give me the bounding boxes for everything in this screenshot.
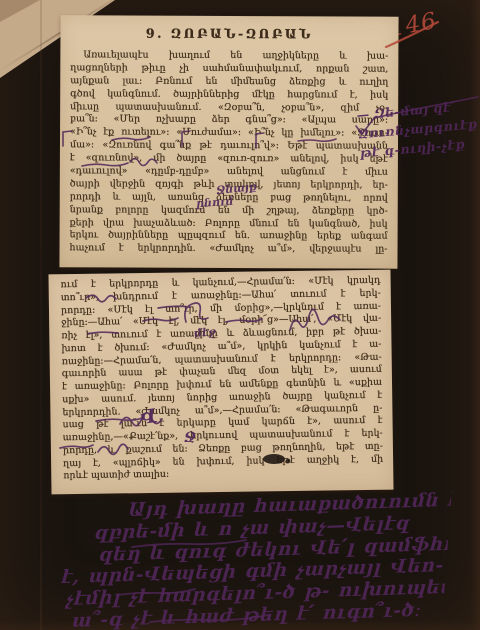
interlinear-correction: մէջ: [193, 325, 216, 340]
album-page-background: 146 9. ԶՈԲԱՆ-ԶՈԲԱՆ Առաւելապէս խաղում են …: [0, 0, 480, 630]
printed-paragraph-bottom: ում է երկրորդը և կանչում,—Հրամա՛ն։ «Մէկ …: [61, 275, 384, 483]
printed-paragraph-top: Առաւելապէս խաղում են աղջիկները և խա-ղացո…: [70, 49, 389, 257]
photographed-archive-page: { "page": { "number": "146" }, "colors":…: [0, 0, 480, 630]
printed-line: «դաւուլով» «դըմբ-դըմբ» անելով անցնում է …: [70, 165, 388, 179]
interlinear-correction: Վ: [139, 405, 159, 429]
printed-line: Առաւելապէս խաղում են աղջիկները և խա-: [70, 49, 388, 63]
printed-line: հաչում է երկրորդին. «Ժամկոչ ա՞մ», վերջապ…: [70, 243, 388, 257]
printed-line: այնքան լաւ։ Բռնում են միմեանց ձեռքից և ո…: [70, 75, 388, 89]
printed-clipping-top: 9. ԶՈԲԱՆ-ԶՈԲԱՆ Առաւելապէս խաղում են աղջի…: [59, 15, 398, 268]
printed-line: գծով կանգնում. ծայրիններից մէկը հարցնում…: [70, 88, 388, 102]
printed-line: ղացողների թիւը չի սահմանափակւում, որքան …: [70, 62, 388, 76]
interlinear-correction: ընում: [196, 195, 234, 211]
printed-clipping-bottom: ում է երկրորդը և կանչում,—Հրամա՛ն։ «Մէկ …: [48, 270, 393, 495]
clipping-title: 9. ԶՈԲԱՆ-ԶՈԲԱՆ: [70, 25, 388, 41]
interlinear-correction: Ջ: [184, 430, 196, 446]
handwritten-commentary: Այդ խաղը հաւաքածուումն էզբրե-մի և ո չա փ…: [57, 490, 451, 630]
vertical-crease: [40, 0, 42, 630]
margin-annotation: — Զե-մայ զէ՛Զուռնչարգուէքթէ գ-ուղի-չէք: [356, 95, 480, 163]
